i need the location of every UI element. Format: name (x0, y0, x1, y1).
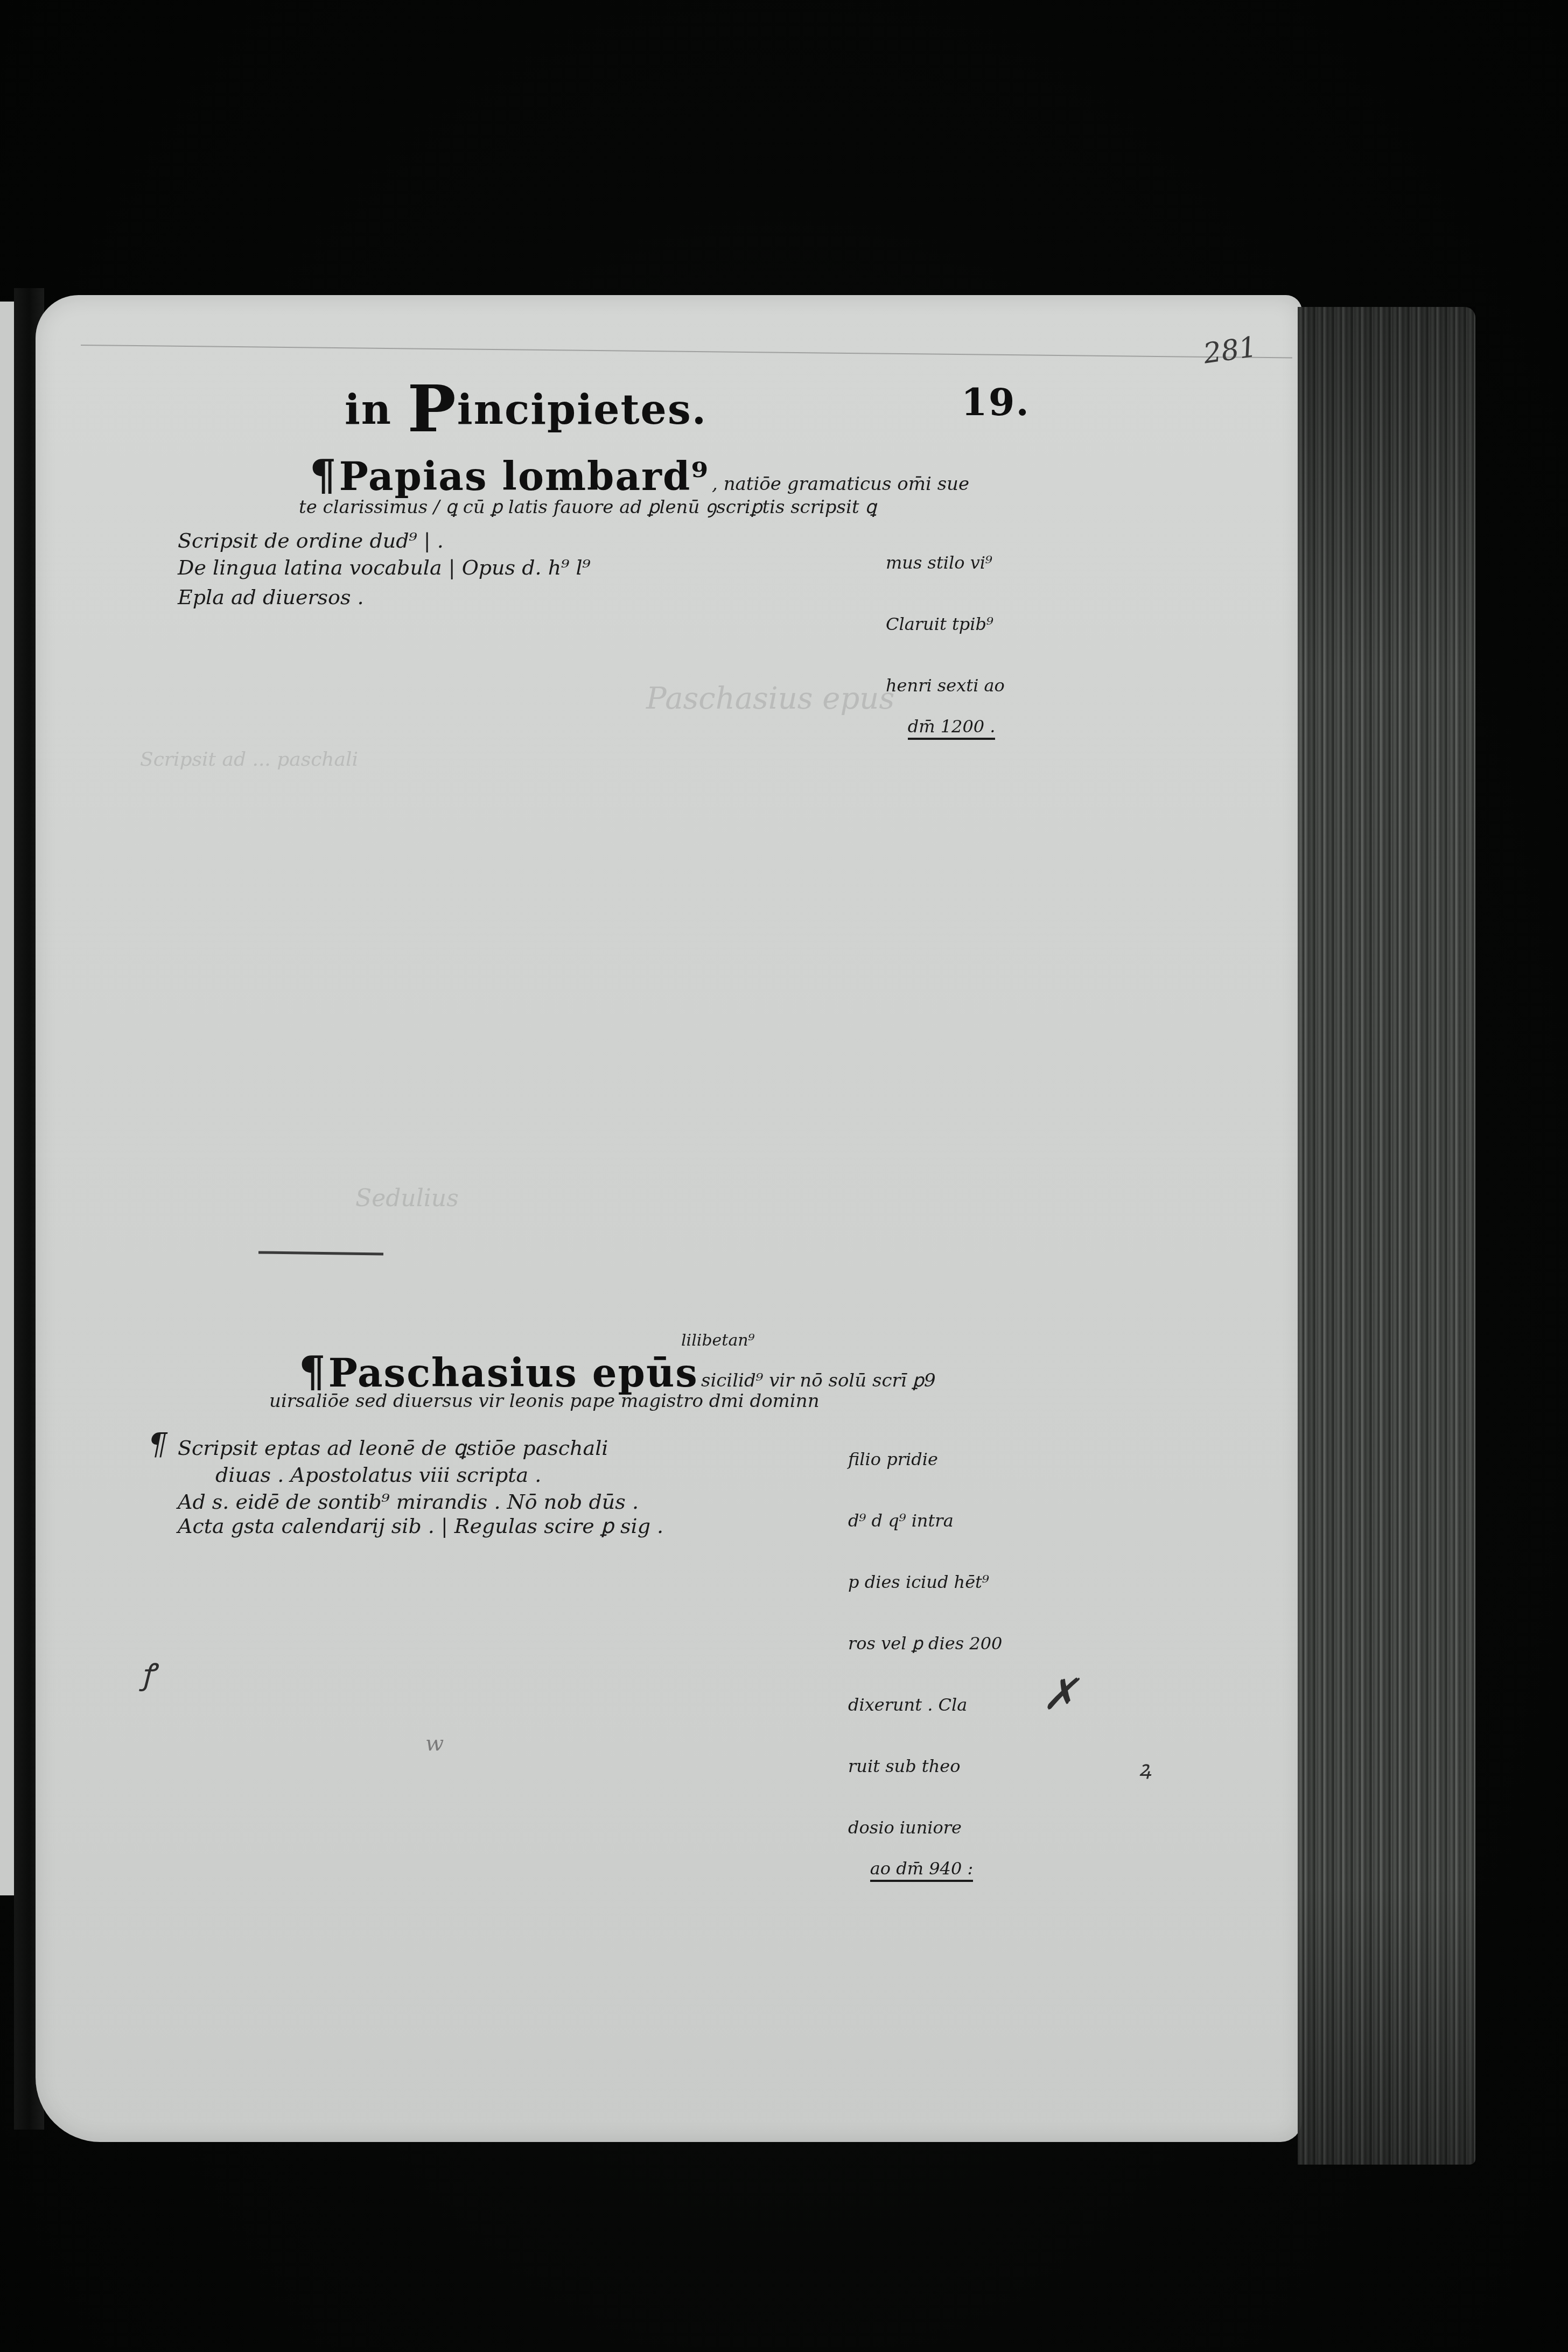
side-note-line: d⁹ d q⁹ intra (848, 1510, 1002, 1531)
marginal-mark: w (425, 1731, 444, 1756)
side-note-line: p dies iciud hēt⁹ (848, 1572, 1002, 1592)
pilcrow-icon: ¶ (148, 1430, 167, 1460)
entry-heading-line: ¶ Paschasius epūs sicilid⁹ vir nō solū s… (299, 1352, 936, 1394)
work-line: Scripsit de ordine dud⁹ | . (178, 530, 444, 551)
work-line: Scripsit eptas ad leonē de ꝗstiōe pascha… (178, 1438, 608, 1458)
side-note-line: filio pridie (848, 1449, 1002, 1469)
pilcrow-icon: ¶ (299, 1348, 326, 1397)
running-title-prefix: in (345, 386, 392, 433)
entry-heading-note-continued: te clarissimus / ꝗ cū ꝑ latis fauore ad … (299, 498, 877, 516)
entry-heading-note: , natiōe gramaticus om̄i sue (712, 473, 969, 495)
marginal-mark: ꝝ (1139, 1753, 1151, 1782)
show-through-text: Scripsit ad ... paschali (140, 748, 358, 771)
running-title: in Pincipietes. (345, 377, 707, 442)
work-line: Acta gsta calendarij sib . | Regulas sci… (178, 1516, 663, 1536)
work-line: Ad s. eidē de sontib⁹ mirandis . Nō nob … (178, 1492, 639, 1512)
entry-heading-line: ¶ Papias lombard⁹ , natiōe gramaticus om… (310, 455, 969, 497)
side-note-line: dosio iuniore (848, 1817, 1002, 1838)
archive-foliation: 281 (1202, 333, 1259, 368)
work-line: diuas . Apostolatus viii scripta . (215, 1465, 541, 1485)
fore-edge-shadow (1298, 307, 1475, 2165)
pilcrow-icon: ¶ (310, 451, 337, 500)
date-side-note: mus stilo vi⁹ Claruit tpib⁹ henri sexti … (886, 512, 1005, 760)
entry-name: Paschasius epūs (328, 1350, 698, 1396)
entry-heading-note-continued: uirsaliōe sed diuersus vir leonis pape m… (269, 1392, 820, 1410)
side-note-line: mus stilo vi⁹ (886, 552, 1005, 573)
entry-heading-note: sicilid⁹ vir nō solū scrī ꝑ9 (701, 1370, 936, 1391)
side-note-line: henri sexti ao (886, 675, 1005, 696)
running-title-initial: P (408, 371, 457, 447)
running-title-rest: incipietes. (457, 386, 707, 433)
side-note-line: ros vel ꝑ dies 200 (848, 1633, 1002, 1654)
side-note-date: dm̄ 1200 . (908, 716, 996, 740)
folio-number: 19. (961, 383, 1030, 421)
marginal-scribble: ꝭ (141, 1653, 155, 1693)
work-line: Epla ad diuersos . (178, 587, 364, 607)
show-through-text: Paschasius epus (646, 681, 894, 716)
entry-name: Papias lombard⁹ (339, 453, 709, 499)
work-line: De lingua latina vocabula | Opus d. h⁹ l… (178, 557, 591, 578)
side-note-line: ruit sub theo (848, 1756, 1002, 1776)
side-note-line: dixerunt . Cla (848, 1695, 1002, 1715)
side-note-date: ao dm̄ 940 : (870, 1858, 974, 1882)
marginal-stroke: ✗ (1042, 1669, 1078, 1719)
facing-page-edge (0, 302, 14, 1895)
superscript-gloss: lilibetan⁹ (681, 1333, 755, 1349)
date-side-note: filio pridie d⁹ d q⁹ intra p dies iciud … (848, 1408, 1002, 1902)
side-note-line: Claruit tpib⁹ (886, 614, 1005, 634)
show-through-text: Sedulius (355, 1185, 459, 1212)
